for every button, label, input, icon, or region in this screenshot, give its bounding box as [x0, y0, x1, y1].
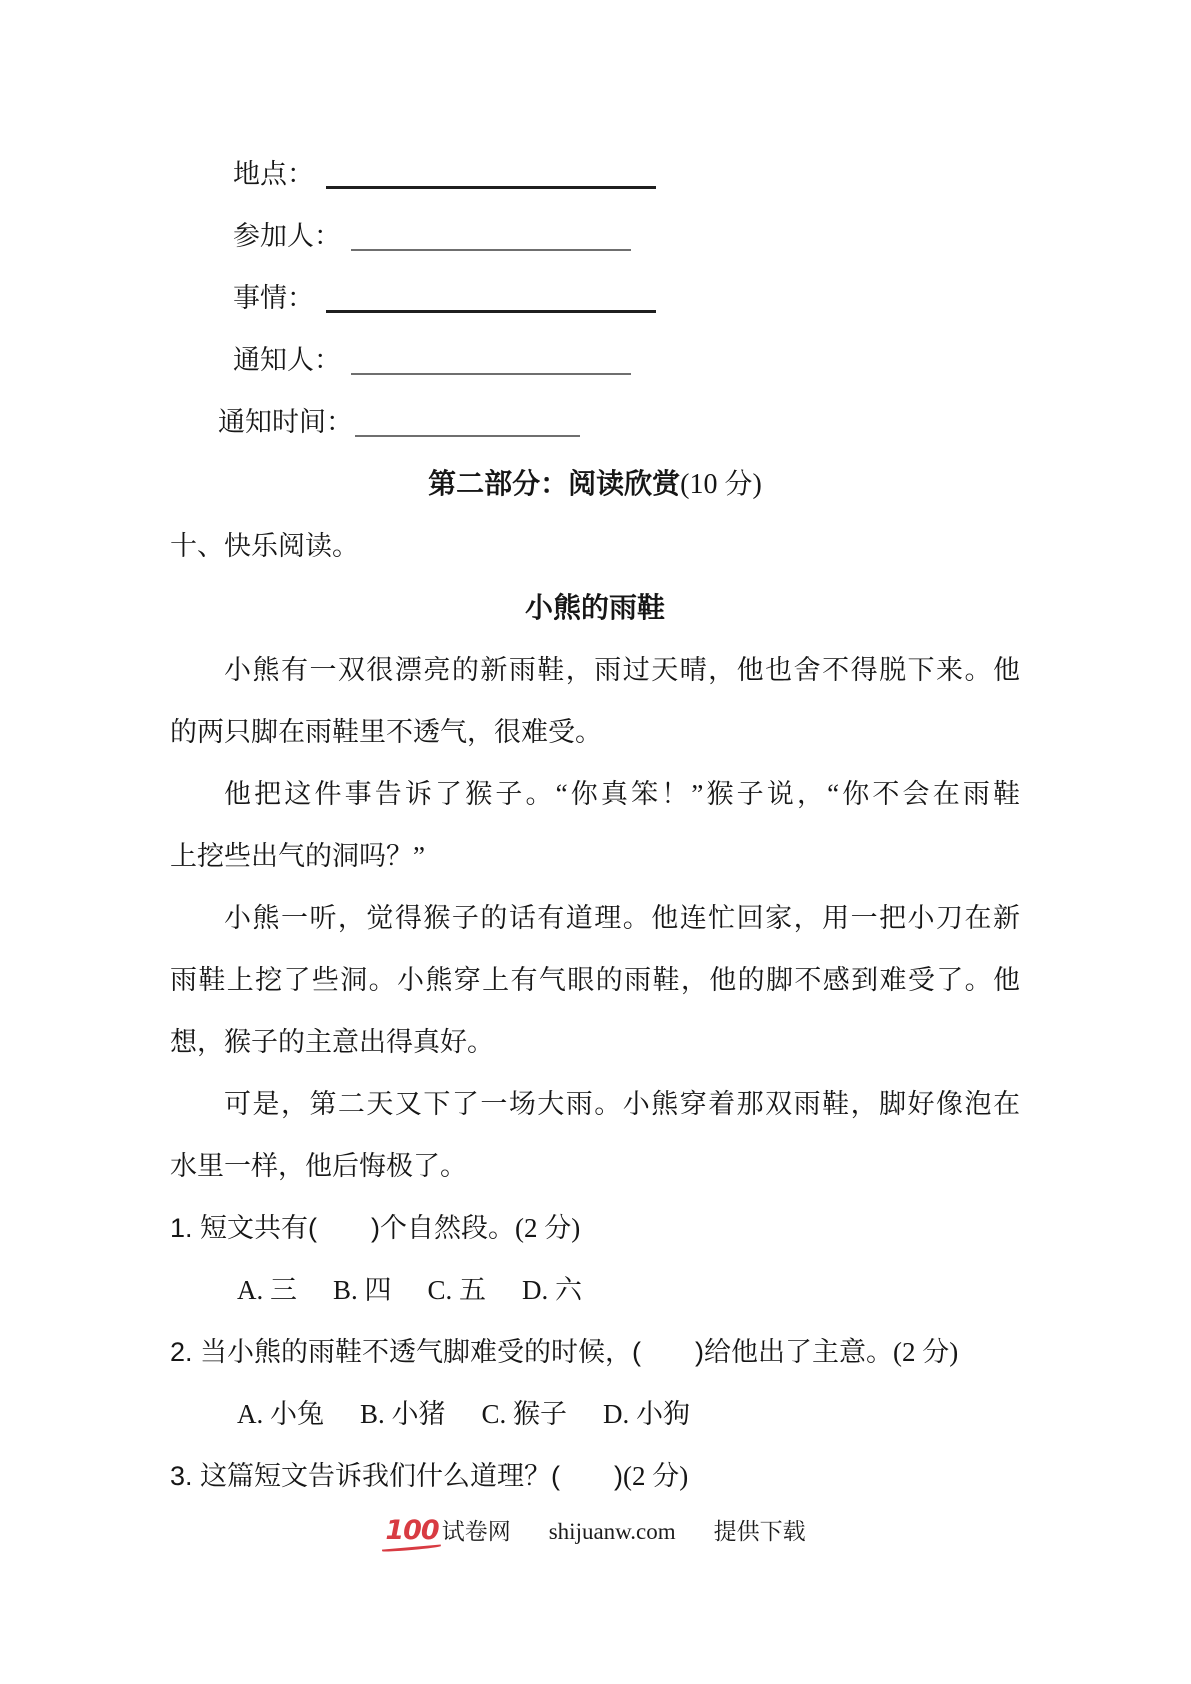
story-line: 的两只脚在雨鞋里不透气，很难受。: [170, 701, 1020, 763]
reading-title: 小熊的雨鞋: [170, 577, 1020, 639]
section-score: (10 分): [680, 469, 762, 500]
option-d: D. 小狗: [603, 1383, 690, 1445]
story-line: 雨鞋上挖了些洞。小熊穿上有气眼的雨鞋，他的脚不感到难受了。他: [170, 949, 1020, 1011]
worksheet-page: 地点： 参加人： 事情： 通知人： 通知时间： 第二部分：阅读欣赏(10 分) …: [170, 0, 1020, 1507]
section-heading: 第二部分：阅读欣赏(10 分): [170, 453, 1020, 515]
story-line: 上挖些出气的洞吗？”: [170, 825, 1020, 887]
logo-text: 试卷网: [442, 1510, 511, 1554]
story-line: 水里一样，他后悔极了。: [170, 1135, 1020, 1197]
notice-field-matter: 事情：: [170, 267, 1020, 329]
question-3-stem: 3. 这篇短文告诉我们什么道理？( )(2 分): [170, 1445, 1020, 1507]
notice-field-notifier: 通知人：: [170, 329, 1020, 391]
footer-domain: shijuanw.com: [549, 1510, 676, 1554]
option-a: A. 小兔: [237, 1383, 324, 1445]
story-line: 可是，第二天又下了一场大雨。小熊穿着那双雨鞋，脚好像泡在: [170, 1073, 1020, 1135]
field-label: 通知人：: [233, 345, 341, 375]
story-line: 想，猴子的主意出得真好。: [170, 1011, 1020, 1073]
blank-line: [351, 339, 631, 375]
exercise-heading: 十、快乐阅读。: [170, 515, 1020, 577]
section-title: 第二部分：阅读欣赏: [428, 468, 680, 499]
question-2-options: A. 小兔 B. 小猪 C. 猴子 D. 小狗: [170, 1383, 1020, 1445]
story-line: 他把这件事告诉了猴子。“你真笨！”猴子说，“你不会在雨鞋: [170, 763, 1020, 825]
option-b: B. 小猪: [360, 1383, 446, 1445]
blank-line: [326, 276, 656, 313]
footer-download-text: 提供下载: [714, 1510, 806, 1554]
field-label: 参加人：: [233, 221, 341, 251]
notice-field-notify-time: 通知时间：: [170, 391, 1020, 453]
blank-line: [326, 152, 656, 189]
blank-line: [351, 215, 631, 251]
question-2-stem: 2. 当小熊的雨鞋不透气脚难受的时候，( )给他出了主意。(2 分): [170, 1321, 1020, 1383]
field-label: 地点：: [233, 159, 314, 189]
blank-line: [355, 401, 580, 437]
page-footer: 100 试卷网 shijuanw.com 提供下载: [0, 1509, 1191, 1553]
question-1-stem: 1. 短文共有( )个自然段。(2 分): [170, 1197, 1020, 1259]
question-score: (2 分): [893, 1337, 958, 1367]
story-line: 小熊有一双很漂亮的新雨鞋，雨过天晴，他也舍不得脱下来。他: [170, 639, 1020, 701]
notice-field-participants: 参加人：: [170, 205, 1020, 267]
notice-field-location: 地点：: [170, 143, 1020, 205]
question-1-options: A. 三 B. 四 C. 五 D. 六: [170, 1259, 1020, 1321]
question-score: (2 分): [515, 1213, 580, 1243]
field-label: 通知时间：: [218, 407, 353, 437]
option-a: A. 三: [237, 1259, 297, 1321]
question-score: (2 分): [623, 1461, 688, 1491]
option-c: C. 五: [428, 1259, 487, 1321]
field-label: 事情：: [233, 283, 314, 313]
option-d: D. 六: [522, 1259, 582, 1321]
option-b: B. 四: [333, 1259, 392, 1321]
option-c: C. 猴子: [482, 1383, 568, 1445]
story-line: 小熊一听，觉得猴子的话有道理。他连忙回家，用一把小刀在新: [170, 887, 1020, 949]
shijuanwang-logo: 100 试卷网: [385, 1509, 510, 1554]
logo-100-icon: 100: [385, 1509, 441, 1553]
